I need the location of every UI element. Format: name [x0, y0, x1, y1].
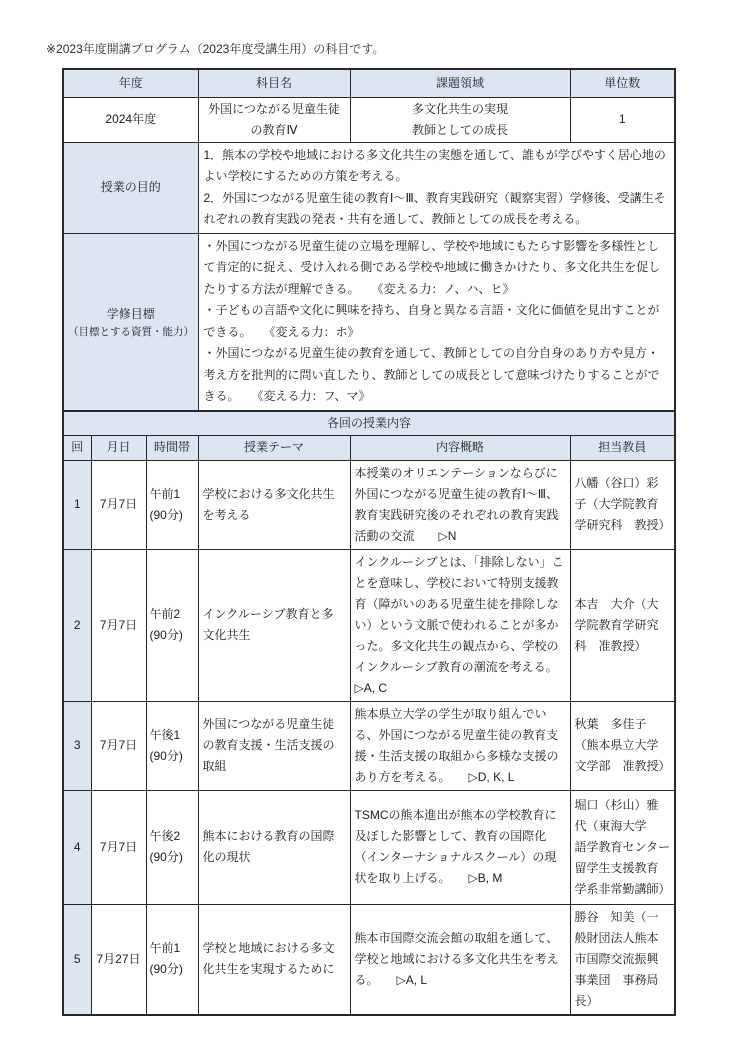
- session-instructor: 堀口（杉山）雅代（東海大学 語学教育センター留学生支援教育学系非常勤講師）: [570, 790, 675, 904]
- session-row: 4 7月7日 午後2 (90分) 熊本における教育の国際化の現状 TSMCの熊本…: [63, 790, 675, 904]
- col-header-year: 年度: [63, 69, 198, 97]
- course-year: 2024年度: [63, 97, 198, 142]
- course-area-line2: 教師としての成長: [355, 120, 566, 141]
- session-period: 午後1: [150, 725, 195, 746]
- session-date: 7月7日: [91, 460, 146, 549]
- session-theme: 学校における多文化共生を考える: [198, 460, 350, 549]
- session-no: 4: [63, 790, 91, 904]
- session-summary: インクルーシブとは、「排除しない」ことを意味し、学校において特別支援教育（障がい…: [350, 549, 570, 701]
- col-header-timeslot: 時間帯: [146, 435, 198, 460]
- session-no: 5: [63, 904, 91, 1015]
- syllabus-page: ※2023年度開講プログラム（2023年度受講生用）の科目です。 年度 科目名 …: [0, 0, 736, 1041]
- session-summary: TSMCの熊本進出が熊本の学校教育に及ぼした影響として、教育の国際化（インターナ…: [350, 790, 570, 904]
- col-header-theme: 授業テーマ: [198, 435, 350, 460]
- session-instructor: 勝谷 知美（一般財団法人熊本市国際交流振興事業団 事務局長）: [570, 904, 675, 1015]
- course-area: 多文化共生の実現 教師としての成長: [350, 97, 570, 142]
- course-info-table: 年度 科目名 課題領域 単位数 2024年度 外国につながる児童生徒の教育Ⅳ 多…: [62, 68, 676, 412]
- purpose-item-2: 2．外国につながる児童生徒の教育Ⅰ～Ⅲ、教育実践研究（観察実習）学修後、受講生そ…: [204, 188, 670, 231]
- goals-item-1: ・外国につながる児童生徒の立場を理解し、学校や地域にもたらす影響を多様性として肯…: [204, 236, 670, 301]
- session-period: 午前1: [150, 938, 195, 959]
- goals-text: ・外国につながる児童生徒の立場を理解し、学校や地域にもたらす影響を多様性として肯…: [198, 233, 675, 411]
- session-duration: (90分): [150, 847, 195, 868]
- session-no: 2: [63, 549, 91, 701]
- session-date: 7月7日: [91, 790, 146, 904]
- session-summary: 本授業のオリエンテーションならびに外国につながる児童生徒の教育Ⅰ～Ⅲ、教育実践研…: [350, 460, 570, 549]
- session-row: 5 7月27日 午前1 (90分) 学校と地域における多文化共生を実現するために…: [63, 904, 675, 1015]
- session-date: 7月7日: [91, 549, 146, 701]
- session-duration: (90分): [150, 959, 195, 980]
- session-timeslot: 午後1 (90分): [146, 701, 198, 790]
- session-summary: 熊本市国際交流会館の取組を通して、学校と地域における多文化共生を考える。 ▷A,…: [350, 904, 570, 1015]
- session-date: 7月27日: [91, 904, 146, 1015]
- goals-label-sub: （目標とする資質・能力）: [68, 325, 194, 340]
- purpose-row: 授業の目的 1．熊本の学校や地域における多文化共生の実態を通して、誰もが学びやす…: [63, 142, 675, 233]
- session-summary: 熊本県立大学の学生が取り組んでいる、外国につながる児童生徒の教育支援・生活支援の…: [350, 701, 570, 790]
- col-header-subject: 科目名: [198, 69, 350, 97]
- col-header-credits: 単位数: [570, 69, 675, 97]
- sessions-header-row: 回 月日 時間帯 授業テーマ 内容概略 担当教員: [63, 435, 675, 460]
- col-header-no: 回: [63, 435, 91, 460]
- session-timeslot: 午前2 (90分): [146, 549, 198, 701]
- program-note: ※2023年度開講プログラム（2023年度受講生用）の科目です。: [46, 40, 736, 57]
- goals-item-2: ・子どもの言語や文化に興味を持ち、自身と異なる言語・文化に価値を見出すことができ…: [204, 300, 670, 343]
- session-theme: インクルーシブ教育と多文化共生: [198, 549, 350, 701]
- sessions-table: 各回の授業内容 回 月日 時間帯 授業テーマ 内容概略 担当教員 1 7月7日 …: [62, 410, 676, 1016]
- session-row: 1 7月7日 午前1 (90分) 学校における多文化共生を考える 本授業のオリエ…: [63, 460, 675, 549]
- col-header-instructor: 担当教員: [570, 435, 675, 460]
- session-row: 2 7月7日 午前2 (90分) インクルーシブ教育と多文化共生 インクルーシブ…: [63, 549, 675, 701]
- course-row: 2024年度 外国につながる児童生徒の教育Ⅳ 多文化共生の実現 教師としての成長…: [63, 97, 675, 142]
- session-row: 3 7月7日 午後1 (90分) 外国につながる児童生徒の教育支援・生活支援の取…: [63, 701, 675, 790]
- session-theme: 外国につながる児童生徒の教育支援・生活支援の取組: [198, 701, 350, 790]
- session-period: 午前2: [150, 604, 195, 625]
- session-no: 3: [63, 701, 91, 790]
- purpose-label: 授業の目的: [63, 142, 198, 233]
- session-instructor: 八幡（谷口）彩子（大学院教育学研究科 教授）: [570, 460, 675, 549]
- session-period: 午前1: [150, 484, 195, 505]
- session-period: 午後2: [150, 826, 195, 847]
- session-duration: (90分): [150, 505, 195, 526]
- goals-label: 学修目標 （目標とする資質・能力）: [63, 233, 198, 411]
- course-area-line1: 多文化共生の実現: [355, 99, 566, 120]
- purpose-text: 1．熊本の学校や地域における多文化共生の実態を通して、誰もが学びやすく居心地のよ…: [198, 142, 675, 233]
- goals-row: 学修目標 （目標とする資質・能力） ・外国につながる児童生徒の立場を理解し、学校…: [63, 233, 675, 411]
- session-timeslot: 午後2 (90分): [146, 790, 198, 904]
- purpose-item-1: 1．熊本の学校や地域における多文化共生の実態を通して、誰もが学びやすく居心地のよ…: [204, 145, 670, 188]
- session-instructor: 本吉 大介（大学院教育学研究科 准教授）: [570, 549, 675, 701]
- sessions-banner-row: 各回の授業内容: [63, 411, 675, 436]
- session-instructor: 秋葉 多佳子（熊本県立大学文学部 准教授）: [570, 701, 675, 790]
- col-header-summary: 内容概略: [350, 435, 570, 460]
- col-header-area: 課題領域: [350, 69, 570, 97]
- sessions-title: 各回の授業内容: [63, 411, 675, 436]
- session-theme: 熊本における教育の国際化の現状: [198, 790, 350, 904]
- session-date: 7月7日: [91, 701, 146, 790]
- session-theme: 学校と地域における多文化共生を実現するために: [198, 904, 350, 1015]
- session-duration: (90分): [150, 625, 195, 646]
- session-no: 1: [63, 460, 91, 549]
- course-header-row: 年度 科目名 課題領域 単位数: [63, 69, 675, 97]
- session-timeslot: 午前1 (90分): [146, 904, 198, 1015]
- goals-item-3: ・外国につながる児童生徒の教育を通して、教師としての自分自身のあり方や見方・考え…: [204, 343, 670, 408]
- course-credits: 1: [570, 97, 675, 142]
- col-header-date: 月日: [91, 435, 146, 460]
- session-duration: (90分): [150, 746, 195, 767]
- session-timeslot: 午前1 (90分): [146, 460, 198, 549]
- course-subject: 外国につながる児童生徒の教育Ⅳ: [198, 97, 350, 142]
- goals-label-main: 学修目標: [68, 304, 194, 325]
